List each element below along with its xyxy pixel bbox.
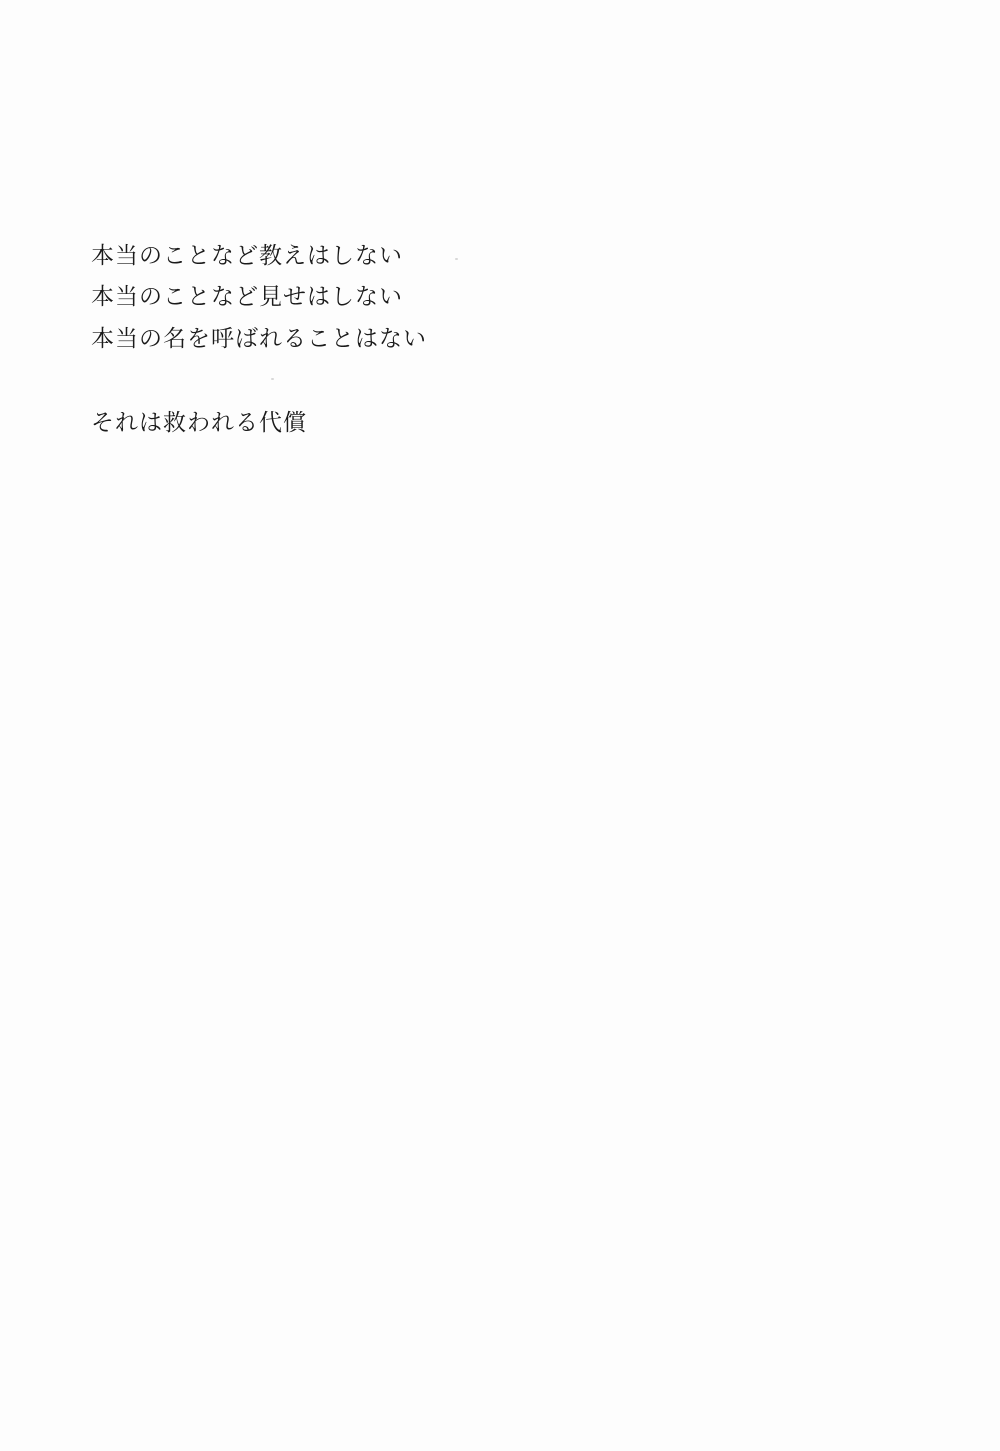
poem-line-2: 本当のことなど見せはしない	[91, 283, 403, 311]
poem-line-4: それは救われる代償	[91, 409, 307, 437]
page: 本当のことなど教えはしない 本当のことなど見せはしない 本当の名を呼ばれることは…	[0, 0, 1000, 1451]
poem-line-1: 本当のことなど教えはしない	[91, 242, 403, 270]
scan-speck	[455, 258, 458, 260]
poem-line-3: 本当の名を呼ばれることはない	[91, 325, 427, 353]
scan-speck	[271, 378, 274, 380]
